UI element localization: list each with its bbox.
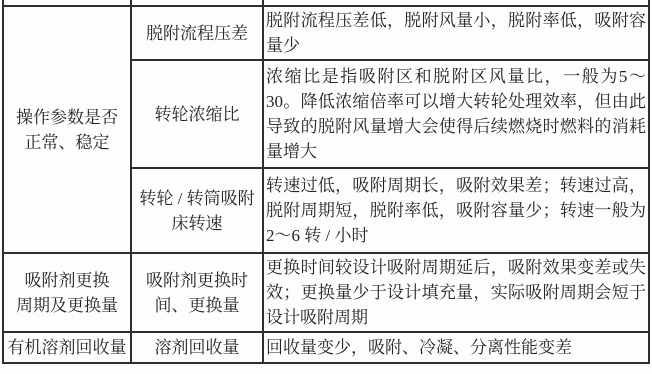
category-cell-solvent-recovery: 有机溶剂回收量 (3, 332, 131, 363)
description-cell-solvent-recovery-amount: 回收量变少，吸附、冷凝、分离性能变差 (263, 332, 649, 363)
table-row: 有机溶剂回收量 溶剂回收量 回收量变少，吸附、冷凝、分离性能变差 (3, 332, 649, 363)
description-cell-desorption-pressure-drop: 脱附流程压差低，脱附风量小，脱附率低，吸附容量少 (263, 6, 649, 60)
parameter-cell-concentration-ratio: 转轮浓缩比 (131, 60, 263, 168)
parameter-cell-desorption-pressure-drop: 脱附流程压差 (131, 6, 263, 60)
table-row: 吸附剂更换 周期及更换量 吸附剂更换时 间、更换量 更换时间较设计吸附周期延后，… (3, 253, 649, 332)
scanned-document-page: 操作参数是否 正常、稳定 脱附流程压差 脱附流程压差低，脱附风量小，脱附率低，吸… (0, 0, 652, 374)
description-cell-replacement-time-amount: 更换时间较设计吸附周期延后，吸附效果变差或失效；更换量少于设计填充量，实际吸附周… (263, 253, 649, 332)
parameter-cell-solvent-recovery-amount: 溶剂回收量 (131, 332, 263, 363)
description-cell-concentration-ratio: 浓缩比是指吸附区和脱附区风量比，一般为5～30。降低浓缩倍率可以增大转轮处理效率… (263, 60, 649, 168)
description-cell-rotor-speed: 转速过低，吸附周期长，吸附效果差；转速过高，脱附周期短，脱附率低，吸附容量少；转… (263, 168, 649, 253)
category-cell-operating-parameters: 操作参数是否 正常、稳定 (3, 6, 131, 253)
table-row: 操作参数是否 正常、稳定 脱附流程压差 脱附流程压差低，脱附风量小，脱附率低，吸… (3, 6, 649, 60)
inspection-parameters-table: 操作参数是否 正常、稳定 脱附流程压差 脱附流程压差低，脱附风量小，脱附率低，吸… (2, 0, 650, 364)
parameter-cell-rotor-speed: 转轮 / 转筒吸附 床转速 (131, 168, 263, 253)
parameter-cell-replacement-time-amount: 吸附剂更换时 间、更换量 (131, 253, 263, 332)
category-cell-adsorbent-replacement: 吸附剂更换 周期及更换量 (3, 253, 131, 332)
